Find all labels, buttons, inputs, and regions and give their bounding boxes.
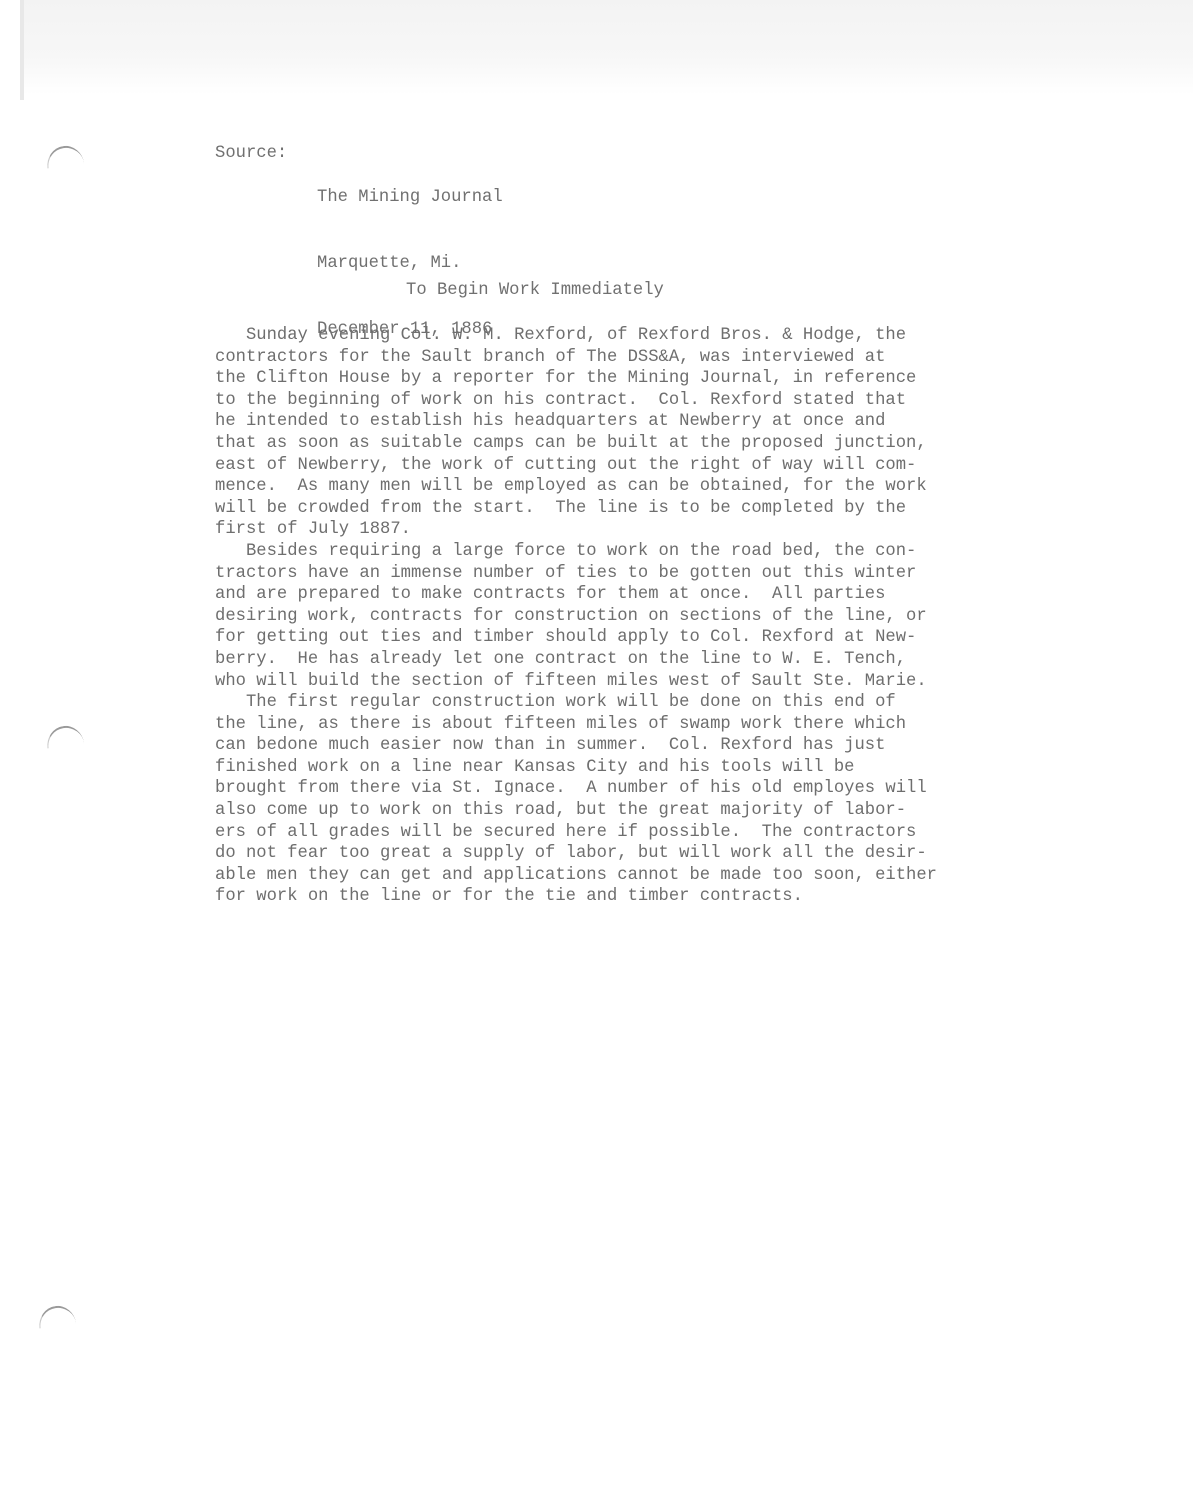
paragraph-2: Besides requiring a large force to work … [215, 541, 937, 692]
text-line: for work on the line or for the tie and … [215, 886, 937, 908]
paragraph-1: Sunday evening Col. W. M. Rexford, of Re… [215, 325, 937, 541]
text-line: that as soon as suitable camps can be bu… [215, 433, 937, 455]
article-body: Sunday evening Col. W. M. Rexford, of Re… [215, 325, 937, 908]
source-citation: Source: The Mining Journal Marquette, Mi… [215, 143, 236, 209]
text-line: Besides requiring a large force to work … [215, 541, 937, 563]
text-line: east of Newberry, the work of cutting ou… [215, 455, 937, 477]
text-line: able men they can get and applications c… [215, 865, 937, 887]
scan-left-edge-shadow [20, 0, 24, 100]
text-line: the line, as there is about fifteen mile… [215, 714, 937, 736]
text-line: Sunday evening Col. W. M. Rexford, of Re… [215, 325, 937, 347]
paragraph-3: The first regular construction work will… [215, 692, 937, 908]
hole-punch-mark-middle [45, 724, 84, 749]
text-line: mence. As many men will be employed as c… [215, 476, 937, 498]
text-line: tractors have an immense number of ties … [215, 563, 937, 585]
text-line: berry. He has already let one contract o… [215, 649, 937, 671]
text-line: desiring work, contracts for constructio… [215, 606, 937, 628]
source-publication: The Mining Journal [317, 187, 503, 209]
hole-punch-mark-top [45, 144, 84, 169]
source-label: Source: [215, 143, 287, 165]
text-line: who will build the section of fifteen mi… [215, 671, 937, 693]
text-line: finished work on a line near Kansas City… [215, 757, 937, 779]
text-line: the Clifton House by a reporter for the … [215, 368, 937, 390]
text-line: contractors for the Sault branch of The … [215, 347, 937, 369]
text-line: ers of all grades will be secured here i… [215, 822, 937, 844]
text-line: brought from there via St. Ignace. A num… [215, 778, 937, 800]
text-line: do not fear too great a supply of labor,… [215, 843, 937, 865]
text-line: for getting out ties and timber should a… [215, 627, 937, 649]
scan-top-edge-shadow [20, 0, 1193, 95]
text-line: also come up to work on this road, but t… [215, 800, 937, 822]
article-title: To Begin Work Immediately [406, 280, 664, 302]
hole-punch-mark-bottom [37, 1304, 76, 1329]
text-line: he intended to establish his headquarter… [215, 411, 937, 433]
text-line: first of July 1887. [215, 519, 937, 541]
text-line: will be crowded from the start. The line… [215, 498, 937, 520]
text-line: to the beginning of work on his contract… [215, 390, 937, 412]
text-line: The first regular construction work will… [215, 692, 937, 714]
source-location: Marquette, Mi. [317, 253, 503, 275]
text-line: and are prepared to make contracts for t… [215, 584, 937, 606]
text-line: can bedone much easier now than in summe… [215, 735, 937, 757]
